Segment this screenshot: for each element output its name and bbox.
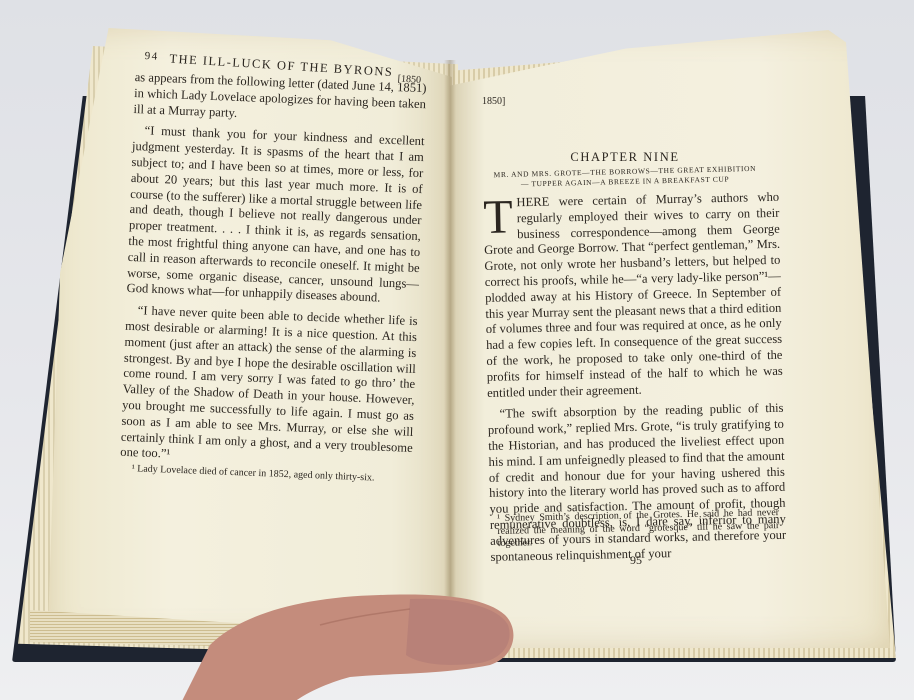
left-page-body: as appears from the following letter (da… xyxy=(119,70,426,488)
left-paragraph: “I have never quite been able to decide … xyxy=(120,303,418,472)
drop-cap: T xyxy=(483,197,513,238)
left-page-number: 94 xyxy=(144,50,159,63)
right-page-number: 95 xyxy=(630,553,642,568)
right-paragraph-1: THERE were certain of Murray’s authors w… xyxy=(483,190,783,402)
right-footnote: ¹ Sydney Smith’s description of the Grot… xyxy=(497,507,780,550)
book-gutter xyxy=(444,60,456,656)
left-paragraph: as appears from the following letter (da… xyxy=(133,70,427,129)
left-paragraph: “I must thank you for your kindness and … xyxy=(126,123,424,308)
right-year-marker: 1850] xyxy=(482,96,505,107)
chapter-title: CHAPTER NINE xyxy=(480,150,770,165)
photo-scene: 94 THE ILL-LUCK OF THE BYRONS [1850 as a… xyxy=(0,0,914,700)
hand-thumb xyxy=(180,585,520,700)
right-paragraph-text: HERE were certain of Murray’s authors wh… xyxy=(484,190,783,400)
